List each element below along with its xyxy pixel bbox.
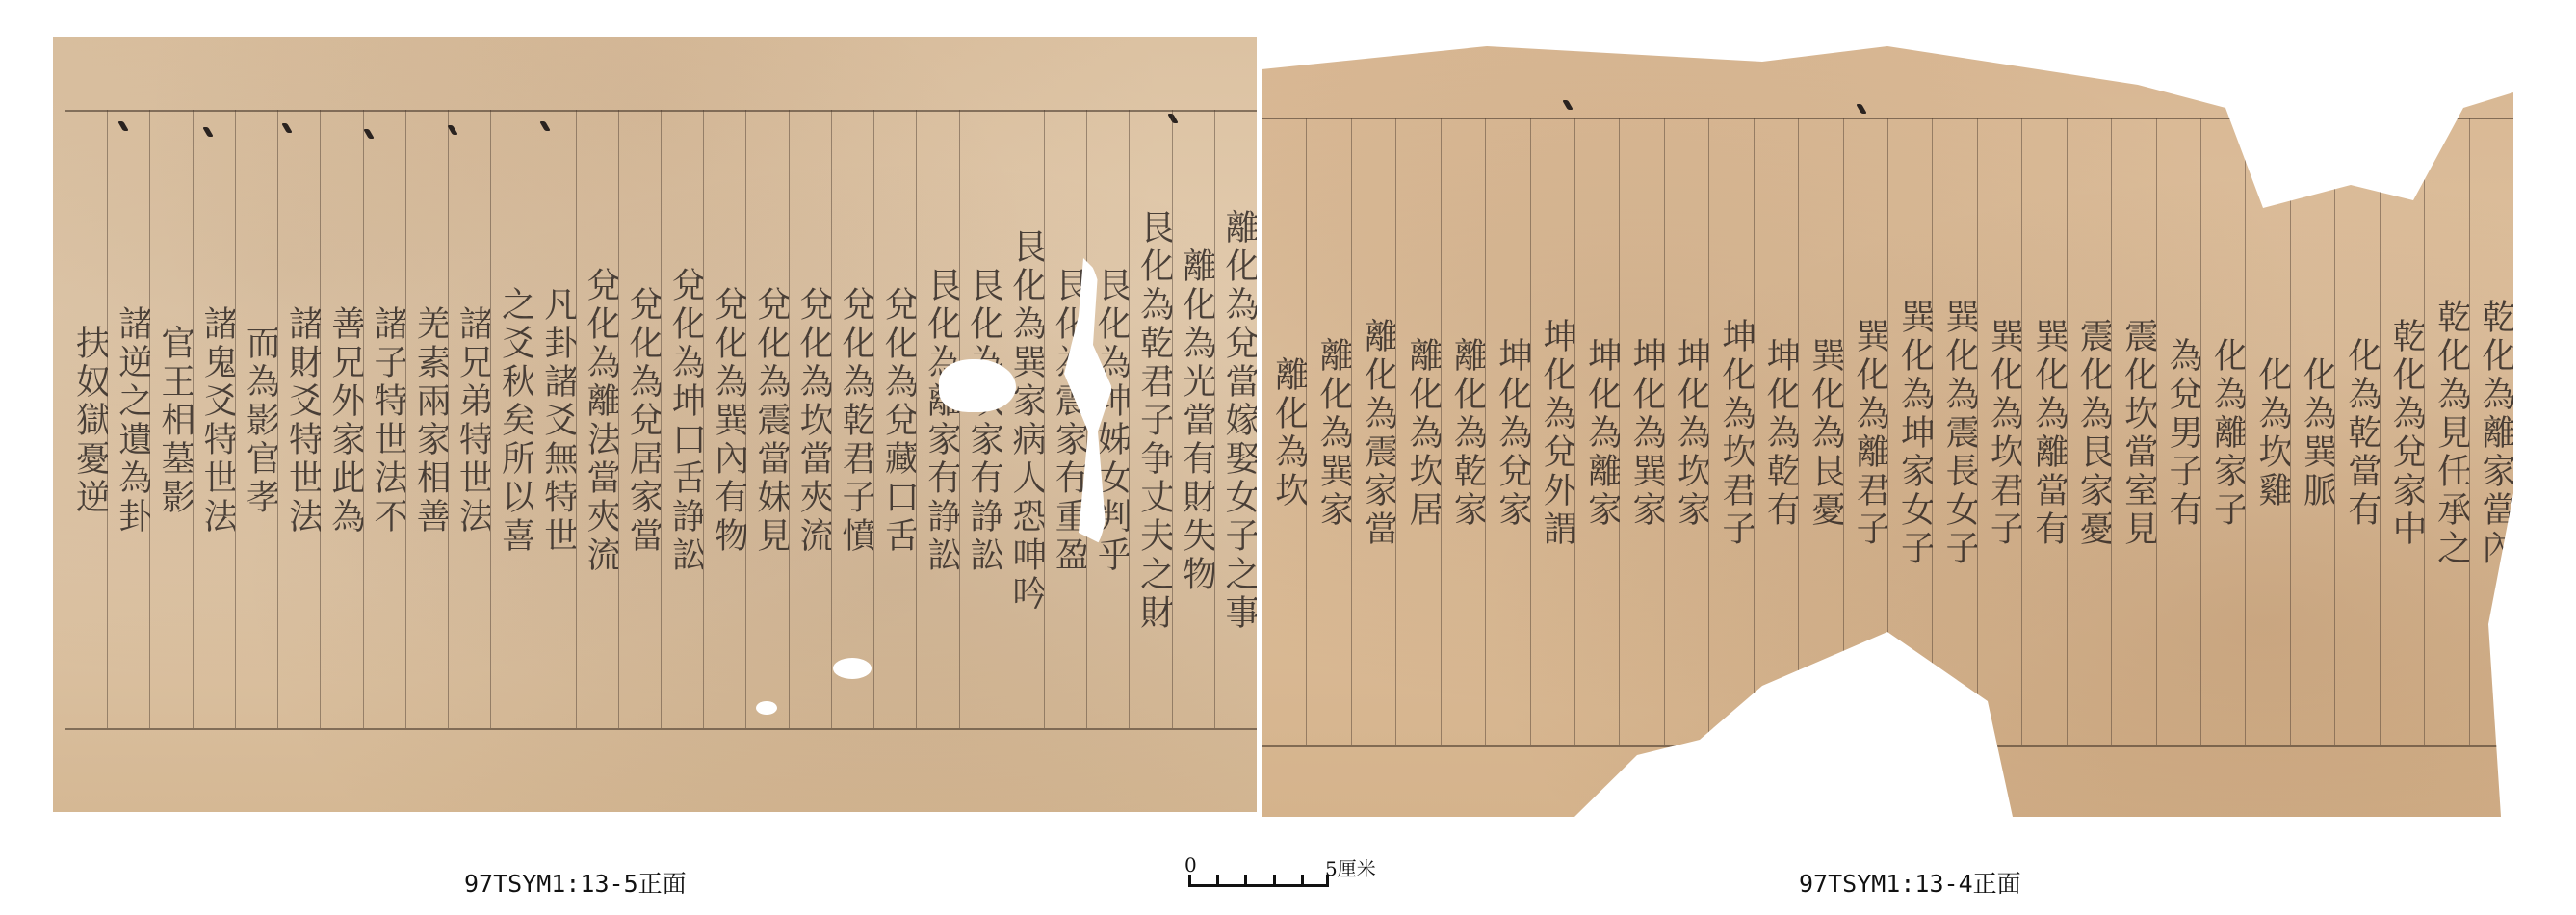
column-ruling [2111,118,2112,745]
column-ruling [1044,110,1045,728]
column-ruling [2245,118,2246,745]
column-ruling [533,110,533,728]
column-ruling [1262,118,1262,745]
column-ruling [107,110,108,728]
caption-fragment-13-4: 97TSYM1:13-4正面 [1799,865,2021,900]
bottom-margin-rule [1262,745,2513,747]
column-ruling [1977,118,1978,745]
column-ruling [2469,118,2470,745]
column-ruling [576,110,577,728]
manuscript-fragment-13-5: 離化為兌當嫁娶女子之事離化為光當有財失物艮化為乾君子争丈夫之財艮化為坤姊女判乎艮… [53,37,1257,812]
column-ruling [1395,118,1396,745]
column-ruling [1843,118,1844,745]
column-ruling [1664,118,1665,745]
column-ruling [2200,118,2201,745]
column-ruling [2334,118,2335,745]
column-ruling [2424,118,2425,745]
column-ruling [1351,118,1352,745]
column-ruling [1574,118,1575,745]
column-ruling [448,110,449,728]
column-ruling [1887,118,1888,745]
column-ruling [2067,118,2068,745]
column-ruling [1172,110,1173,728]
scale-line [1188,884,1329,887]
column-ruling [1129,110,1130,728]
column-ruling [65,110,65,728]
column-ruling [1214,110,1215,728]
paper-hole [939,359,1016,412]
column-ruling [1708,118,1709,745]
paper-hole [756,701,777,715]
column-rulings [1262,118,2513,745]
scale-bar: 0 5厘米 [1184,855,1377,894]
column-ruling [1002,110,1002,728]
column-ruling [916,110,917,728]
column-ruling [1441,118,1442,745]
manuscript-fragment-13-4: 乾化為離家當內乾化為見任承之乾化為兌家中化為乾當有化為巽脈化為坎雞化為離家子為兌… [1262,46,2513,817]
column-ruling [1798,118,1799,745]
column-ruling [490,110,491,728]
scale-start-label: 0 [1184,853,1197,876]
column-ruling [959,110,960,728]
column-ruling [363,110,364,728]
column-ruling [1485,118,1486,745]
column-ruling [1619,118,1620,745]
column-ruling [2380,118,2381,745]
column-ruling [2156,118,2157,745]
column-ruling [235,110,236,728]
column-ruling [618,110,619,728]
column-ruling [193,110,194,728]
paper-hole [833,658,872,679]
column-rulings [65,110,1257,728]
column-ruling [2290,118,2291,745]
column-ruling [2021,118,2022,745]
column-ruling [277,110,278,728]
column-ruling [1530,118,1531,745]
column-ruling [405,110,406,728]
column-ruling [745,110,746,728]
bottom-margin-rule [65,728,1257,730]
column-ruling [1306,118,1307,745]
column-ruling [703,110,704,728]
scale-end-label: 5厘米 [1325,853,1376,881]
column-ruling [320,110,321,728]
column-ruling [149,110,150,728]
column-ruling [661,110,662,728]
column-ruling [1754,118,1755,745]
column-ruling [831,110,832,728]
column-ruling [1932,118,1933,745]
column-ruling [789,110,790,728]
column-ruling [873,110,874,728]
caption-fragment-13-5: 97TSYM1:13-5正面 [464,865,687,900]
